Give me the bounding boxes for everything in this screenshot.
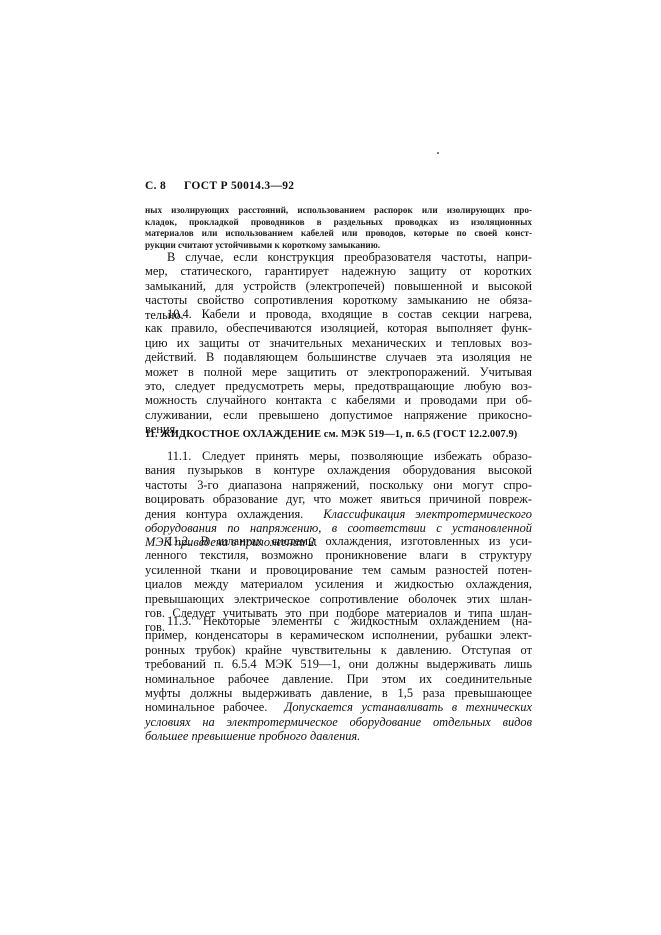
text-line: как правило, обеспечиваются изоляцией, к… <box>145 321 532 335</box>
clause-11-3: 11.3. Некоторые элементы с жидкостным ох… <box>145 614 532 744</box>
text-line: действий. В подавляющем большинстве случ… <box>145 350 532 364</box>
text-line: 11.3. Некоторые элементы с жидкостным ох… <box>145 614 532 628</box>
text-line: усиленной ткани и провоцирование тем сам… <box>145 563 532 577</box>
clause-10-4: 10.4. Кабели и провода, входящие в соста… <box>145 307 532 437</box>
text-line: цию их защиты от значительных механическ… <box>145 336 532 350</box>
text-line: В случае, если конструкция преобразовате… <box>145 250 532 264</box>
text-line: материалов или использованием кабелей ил… <box>145 228 532 240</box>
italic-line: большее превышение пробного давления. <box>145 729 532 743</box>
text-line: требований п. 6.5.4 МЭК 519—1, они должн… <box>145 657 532 671</box>
text-line: дения контура охлаждения. Классификация … <box>145 507 532 521</box>
text-line: ронных трубок) крайне чувствительны к да… <box>145 643 532 657</box>
scan-speck <box>437 152 439 154</box>
text-line: ных изолирующих расстояний, использовани… <box>145 205 532 217</box>
page-header: С. 8ГОСТ Р 50014.3—92 <box>145 180 294 192</box>
text-line: частоты свойство сопротивления короткому… <box>145 293 532 307</box>
text-line: 10.4. Кабели и провода, входящие в соста… <box>145 307 532 321</box>
text-line: вания пузырьков в контуре охлаждения обо… <box>145 463 532 477</box>
text-line: частоты 3-го диапазона напряжений, поско… <box>145 478 532 492</box>
text-line: это, следует предусмотреть меры, предотв… <box>145 379 532 393</box>
text-line: номинальное рабочее давление. При этом и… <box>145 672 532 686</box>
page-number: С. 8 <box>145 180 166 192</box>
text-line: мер, статического, гарантирует надежную … <box>145 264 532 278</box>
text-line: служивании, если превышено допустимое на… <box>145 408 532 422</box>
italic-text: Классификация электротермического <box>323 507 532 521</box>
text-line: номинальное рабочее. Допускается устанав… <box>145 700 532 714</box>
text-line: замыканий, для устройств (электропечей) … <box>145 279 532 293</box>
text-line: муфты должны выдерживать давление, в 1,5… <box>145 686 532 700</box>
text-line: циалов между материалом усиления и жидко… <box>145 577 532 591</box>
plain-text: дения контура охлаждения. <box>145 507 303 521</box>
plain-text: номинальное рабочее. <box>145 700 267 714</box>
text-line: превышающих электрическое сопротивление … <box>145 592 532 606</box>
text-line: воцировать образование дуг, что может яв… <box>145 492 532 506</box>
section-11-heading: 11. ЖИДКОСТНОЕ ОХЛАЖДЕНИЕ см. МЭК 519—1,… <box>145 429 532 440</box>
standard-designation: ГОСТ Р 50014.3—92 <box>184 180 294 192</box>
text-line: можность случайного контакта с кабелями … <box>145 393 532 407</box>
italic-text: Допускается устанавливать в технических <box>284 700 532 714</box>
text-line: кладок, прокладкой проводников в раздель… <box>145 217 532 229</box>
continuation-text: ных изолирующих расстояний, использовани… <box>145 205 532 251</box>
text-line: 11.2. В шлангах системы охлаждения, изго… <box>145 534 532 548</box>
text-line: может в полной мере защитить от электроп… <box>145 365 532 379</box>
text-line: ленного текстиля, возможно проникновение… <box>145 548 532 562</box>
text-line: 11.1. Следует принять меры, позволяющие … <box>145 449 532 463</box>
text-line: пример, конденсаторы в керамическом испо… <box>145 628 532 642</box>
italic-line: условиях на электротермическое оборудова… <box>145 715 532 729</box>
